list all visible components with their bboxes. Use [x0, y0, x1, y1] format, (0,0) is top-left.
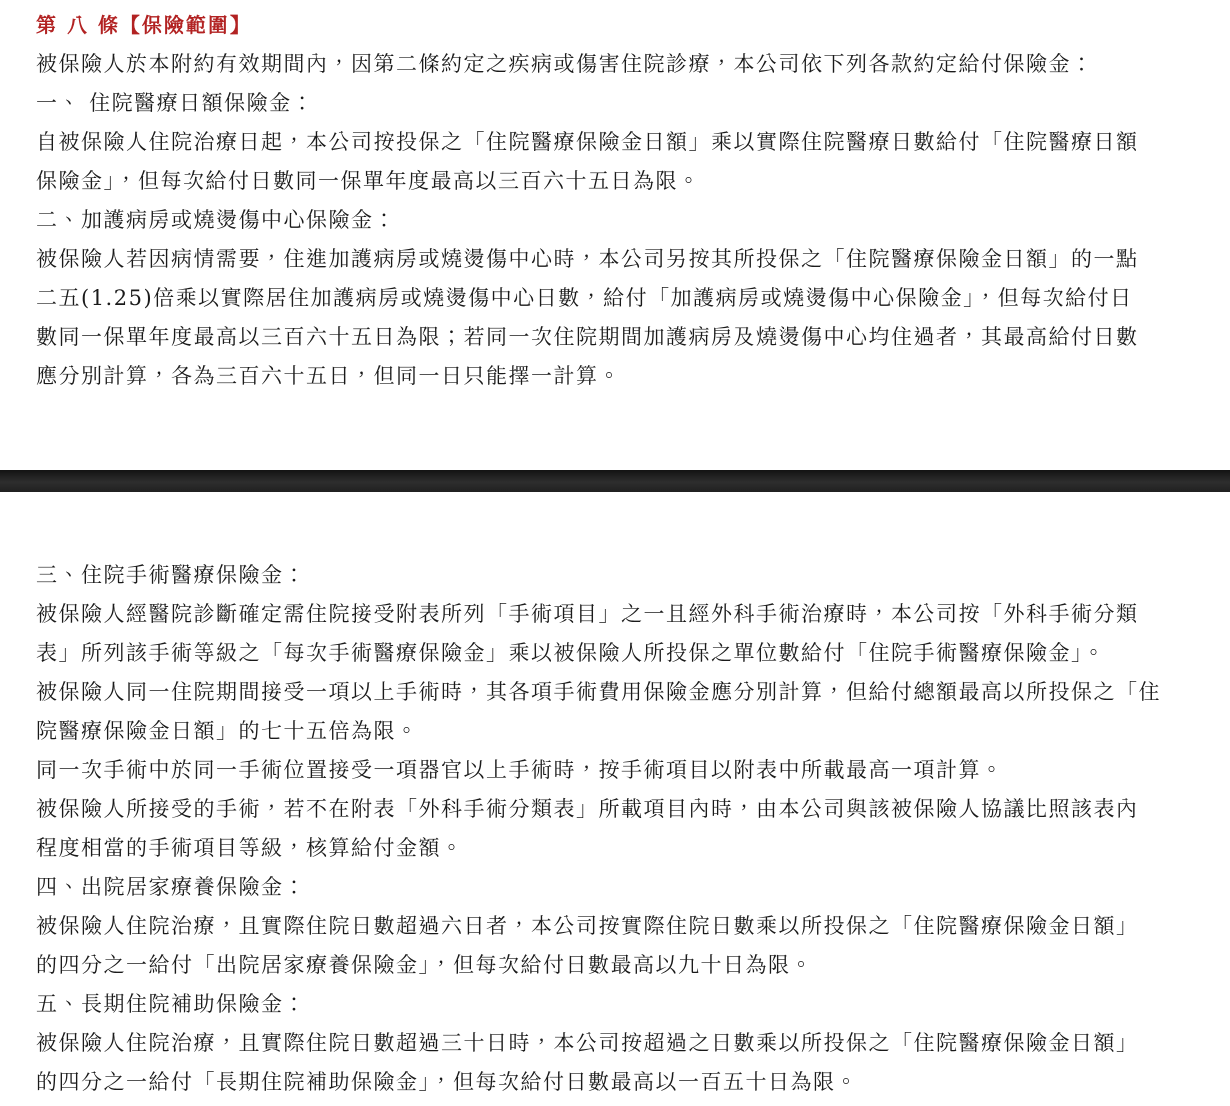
text-line: 應分別計算，各為三百六十五日，但同一日只能擇一計算。 [36, 357, 1200, 396]
text-line: 被保險人經醫院診斷確定需住院接受附表所列「手術項目」之一且經外科手術治療時，本公… [36, 595, 1200, 634]
text-line: 被保險人所接受的手術，若不在附表「外科手術分類表」所載項目內時，由本公司與該被保… [36, 790, 1200, 829]
text-line: 保險金」，但每次給付日數同一保單年度最高以三百六十五日為限。 [36, 162, 1200, 201]
text-line: 被保險人住院治療，且實際住院日數超過三十日時，本公司按超過之日數乘以所投保之「住… [36, 1024, 1200, 1063]
page-break-bar [0, 470, 1230, 492]
text-line: 程度相當的手術項目等級，核算給付金額。 [36, 829, 1200, 868]
text-line: 數同一保單年度最高以三百六十五日為限；若同一次住院期間加護病房及燒燙傷中心均住過… [36, 318, 1200, 357]
text-line: 五、長期住院補助保險金： [36, 985, 1200, 1024]
text-line: 三、住院手術醫療保險金： [36, 556, 1200, 595]
text-line: 二、加護病房或燒燙傷中心保險金： [36, 201, 1200, 240]
page-2: 三、住院手術醫療保險金： 被保險人經醫院診斷確定需住院接受附表所列「手術項目」之… [0, 556, 1230, 1102]
text-line: 自被保險人住院治療日起，本公司按投保之「住院醫療保險金日額」乘以實際住院醫療日數… [36, 123, 1200, 162]
text-line: 同一次手術中於同一手術位置接受一項器官以上手術時，按手術項目以附表中所載最高一項… [36, 751, 1200, 790]
text-line: 表」所列該手術等級之「每次手術醫療保險金」乘以被保險人所投保之單位數給付「住院手… [36, 634, 1200, 673]
text-line: 的四分之一給付「出院居家療養保險金」，但每次給付日數最高以九十日為限。 [36, 946, 1200, 985]
page-1: 第 八 條【保險範圍】 被保險人於本附約有效期間內，因第二條約定之疾病或傷害住院… [0, 0, 1230, 396]
text-line: 被保險人於本附約有效期間內，因第二條約定之疾病或傷害住院診療，本公司依下列各款約… [36, 45, 1200, 84]
article-heading: 第 八 條【保險範圍】 [36, 6, 1200, 45]
text-line: 的四分之一給付「長期住院補助保險金」，但每次給付日數最高以一百五十日為限。 [36, 1063, 1200, 1102]
text-line: 一、 住院醫療日額保險金： [36, 84, 1200, 123]
text-line: 院醫療保險金日額」的七十五倍為限。 [36, 712, 1200, 751]
text-line: 二五(1.25)倍乘以實際居住加護病房或燒燙傷中心日數，給付「加護病房或燒燙傷中… [36, 279, 1200, 318]
text-line: 被保險人同一住院期間接受一項以上手術時，其各項手術費用保險金應分別計算，但給付總… [36, 673, 1200, 712]
text-line: 四、出院居家療養保險金： [36, 868, 1200, 907]
text-line: 被保險人住院治療，且實際住院日數超過六日者，本公司按實際住院日數乘以所投保之「住… [36, 907, 1200, 946]
text-line: 被保險人若因病情需要，住進加護病房或燒燙傷中心時，本公司另按其所投保之「住院醫療… [36, 240, 1200, 279]
